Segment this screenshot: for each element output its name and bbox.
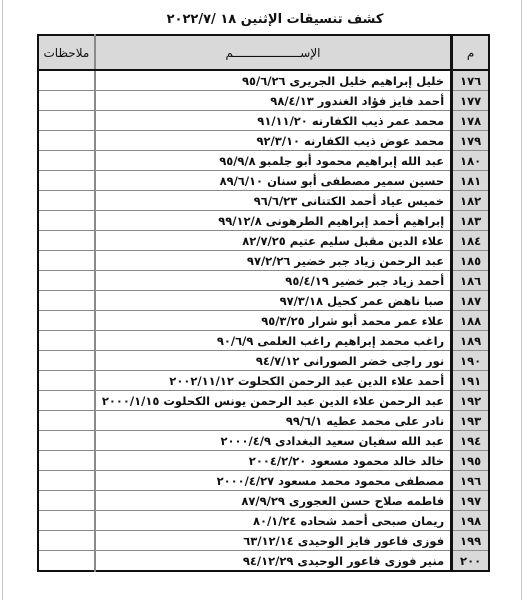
table-row: ١٨٤علاء الدين مقبل سليم عتيم ٨٢/٧/٢٥ [38, 231, 489, 251]
row-number: ١٨٠ [452, 151, 489, 171]
table-row: ١٩١أحمد علاء الدين عبد الرحمن الكحلوت ٢٠… [38, 371, 489, 391]
row-name: عبد الرحمن علاء الدين عبد الرحمن يونس ال… [95, 391, 452, 411]
row-notes [38, 231, 95, 251]
row-number: ١٧٦ [452, 70, 489, 91]
table-row: ١٧٧أحمد فايز فؤاد الغندور ٩٨/٤/١٣ [38, 91, 489, 111]
table-row: ١٩٨ريمان صبحى أحمد شحاده ٨٠/١/٢٤ [38, 511, 489, 531]
row-name: محمد عمر ذيب الكفارنه ٩١/١١/٢٠ [95, 111, 452, 131]
table-row: ١٨٦أحمد زياد جبر خضير ٩٥/٤/١٩ [38, 271, 489, 291]
row-name: محمد عوض ذيب الكفارنه ٩٢/٣/١٠ [95, 131, 452, 151]
table-row: ١٧٦خليل إبراهيم خليل الجريرى ٩٥/٦/٢٦ [38, 70, 489, 91]
table-row: ١٩٣نادر على محمد عطيه ٩٩/٦/١ [38, 411, 489, 431]
row-notes [38, 551, 95, 572]
row-notes [38, 251, 95, 271]
row-name: خليل إبراهيم خليل الجريرى ٩٥/٦/٢٦ [95, 70, 452, 91]
table-row: ١٨٣إبراهيم أحمد إبراهيم الطرهونى ٩٩/١٢/٨ [38, 211, 489, 231]
row-number: ١٨٢ [452, 191, 489, 211]
row-number: ١٨٨ [452, 311, 489, 331]
row-notes [38, 531, 95, 551]
page-edge-left [2, 0, 3, 600]
row-name: فوزى فاعور فايز الوحيدى ٦٣/١٢/١٤ [95, 531, 452, 551]
row-number: ١٧٩ [452, 131, 489, 151]
row-number: ١٨٤ [452, 231, 489, 251]
header-row: م الإســـــــــــــــــــم ملاحظات [38, 35, 489, 70]
row-number: ١٩٥ [452, 451, 489, 471]
table-row: ١٩٠نور راجى خضر الصورانى ٩٤/٧/١٢ [38, 351, 489, 371]
row-notes [38, 351, 95, 371]
row-notes [38, 171, 95, 191]
row-name: نادر على محمد عطيه ٩٩/٦/١ [95, 411, 452, 431]
row-number: ١٧٧ [452, 91, 489, 111]
row-number: ٢٠٠ [452, 551, 489, 572]
row-number: ١٩٨ [452, 511, 489, 531]
document-title: كشف تنسيقات الإثنين ١٨ /٢٠٢٢/٧ [150, 10, 400, 30]
row-notes [38, 511, 95, 531]
table-row: ١٩٢عبد الرحمن علاء الدين عبد الرحمن يونس… [38, 391, 489, 411]
row-name: إبراهيم أحمد إبراهيم الطرهونى ٩٩/١٢/٨ [95, 211, 452, 231]
table-row: ١٨٢خميس عياد أحمد الكتنانى ٩٦/٦/٢٣ [38, 191, 489, 211]
row-name: خميس عياد أحمد الكتنانى ٩٦/٦/٢٣ [95, 191, 452, 211]
header-notes: ملاحظات [38, 35, 95, 70]
table-row: ١٨٥عبد الرحمن زياد جبر خضير ٩٧/٢/٢٦ [38, 251, 489, 271]
row-number: ١٩٢ [452, 391, 489, 411]
row-name: فاطمه صلاح حسن العجورى ٨٧/٩/٢٩ [95, 491, 452, 511]
row-number: ١٨٦ [452, 271, 489, 291]
row-notes [38, 111, 95, 131]
row-name: راغب محمد إبراهيم راغب العلمى ٩٠/٦/٩ [95, 331, 452, 351]
row-notes [38, 131, 95, 151]
header-number: م [452, 35, 489, 70]
row-notes [38, 271, 95, 291]
table-row: ١٨٨علاء عمر محمد أبو شرار ٩٥/٣/٢٥ [38, 311, 489, 331]
page-edge-right [521, 0, 522, 600]
row-name: ريمان صبحى أحمد شحاده ٨٠/١/٢٤ [95, 511, 452, 531]
row-name: خالد خالد محمود مسعود ٢٠٠٤/٢/٢٠ [95, 451, 452, 471]
row-notes [38, 151, 95, 171]
table-row: ١٩٩فوزى فاعور فايز الوحيدى ٦٣/١٢/١٤ [38, 531, 489, 551]
row-number: ١٩٠ [452, 351, 489, 371]
row-number: ١٩٤ [452, 431, 489, 451]
row-notes [38, 411, 95, 431]
table-row: ١٨١حسين سمير مصطفى أبو سنان ٨٩/٦/١٠ [38, 171, 489, 191]
row-notes [38, 70, 95, 91]
row-number: ١٩٩ [452, 531, 489, 551]
row-name: نور راجى خضر الصورانى ٩٤/٧/١٢ [95, 351, 452, 371]
header-name: الإســـــــــــــــــــم [95, 35, 452, 70]
row-name: علاء عمر محمد أبو شرار ٩٥/٣/٢٥ [95, 311, 452, 331]
row-notes [38, 371, 95, 391]
row-notes [38, 431, 95, 451]
row-notes [38, 331, 95, 351]
row-notes [38, 91, 95, 111]
row-name: أحمد علاء الدين عبد الرحمن الكحلوت ٢٠٠٢/… [95, 371, 452, 391]
table-row: ١٧٩محمد عوض ذيب الكفارنه ٩٢/٣/١٠ [38, 131, 489, 151]
row-number: ١٩١ [452, 371, 489, 391]
row-name: عبد الله سفيان سعيد البغدادى ٢٠٠٠/٤/٩ [95, 431, 452, 451]
row-name: أحمد زياد جبر خضير ٩٥/٤/١٩ [95, 271, 452, 291]
table-row: ٢٠٠منير فوزى فاعور الوحيدى ٩٤/١٢/٢٩ [38, 551, 489, 572]
table-row: ١٩٥خالد خالد محمود مسعود ٢٠٠٤/٢/٢٠ [38, 451, 489, 471]
row-name: علاء الدين مقبل سليم عتيم ٨٢/٧/٢٥ [95, 231, 452, 251]
row-number: ١٨٧ [452, 291, 489, 311]
table-row: ١٩٧فاطمه صلاح حسن العجورى ٨٧/٩/٢٩ [38, 491, 489, 511]
row-number: ١٩٦ [452, 471, 489, 491]
row-notes [38, 491, 95, 511]
row-notes [38, 451, 95, 471]
row-number: ١٨٥ [452, 251, 489, 271]
table-row: ١٨٧صبا ناهض عمر كحيل ٩٧/٣/١٨ [38, 291, 489, 311]
row-name: مصطفى محمود محمد مسعود ٢٠٠٠/٤/٢٧ [95, 471, 452, 491]
row-name: أحمد فايز فؤاد الغندور ٩٨/٤/١٣ [95, 91, 452, 111]
row-notes [38, 391, 95, 411]
row-notes [38, 311, 95, 331]
table-row: ١٨٠عبد الله إبراهيم محمود أبو جلمبو ٩٥/٩… [38, 151, 489, 171]
row-number: ١٨٣ [452, 211, 489, 231]
row-number: ١٧٨ [452, 111, 489, 131]
row-name: حسين سمير مصطفى أبو سنان ٨٩/٦/١٠ [95, 171, 452, 191]
table-row: ١٧٨محمد عمر ذيب الكفارنه ٩١/١١/٢٠ [38, 111, 489, 131]
row-number: ١٨٩ [452, 331, 489, 351]
row-name: عبد الله إبراهيم محمود أبو جلمبو ٩٥/٩/٨ [95, 151, 452, 171]
row-number: ١٩٣ [452, 411, 489, 431]
row-name: صبا ناهض عمر كحيل ٩٧/٣/١٨ [95, 291, 452, 311]
row-notes [38, 291, 95, 311]
table-row: ١٩٦مصطفى محمود محمد مسعود ٢٠٠٠/٤/٢٧ [38, 471, 489, 491]
roster-table: م الإســـــــــــــــــــم ملاحظات ١٧٦خل… [37, 34, 490, 572]
row-notes [38, 471, 95, 491]
row-notes [38, 191, 95, 211]
table-row: ١٩٤عبد الله سفيان سعيد البغدادى ٢٠٠٠/٤/٩ [38, 431, 489, 451]
row-number: ١٩٧ [452, 491, 489, 511]
row-name: عبد الرحمن زياد جبر خضير ٩٧/٢/٢٦ [95, 251, 452, 271]
row-notes [38, 211, 95, 231]
table-row: ١٨٩راغب محمد إبراهيم راغب العلمى ٩٠/٦/٩ [38, 331, 489, 351]
row-name: منير فوزى فاعور الوحيدى ٩٤/١٢/٢٩ [95, 551, 452, 572]
row-number: ١٨١ [452, 171, 489, 191]
